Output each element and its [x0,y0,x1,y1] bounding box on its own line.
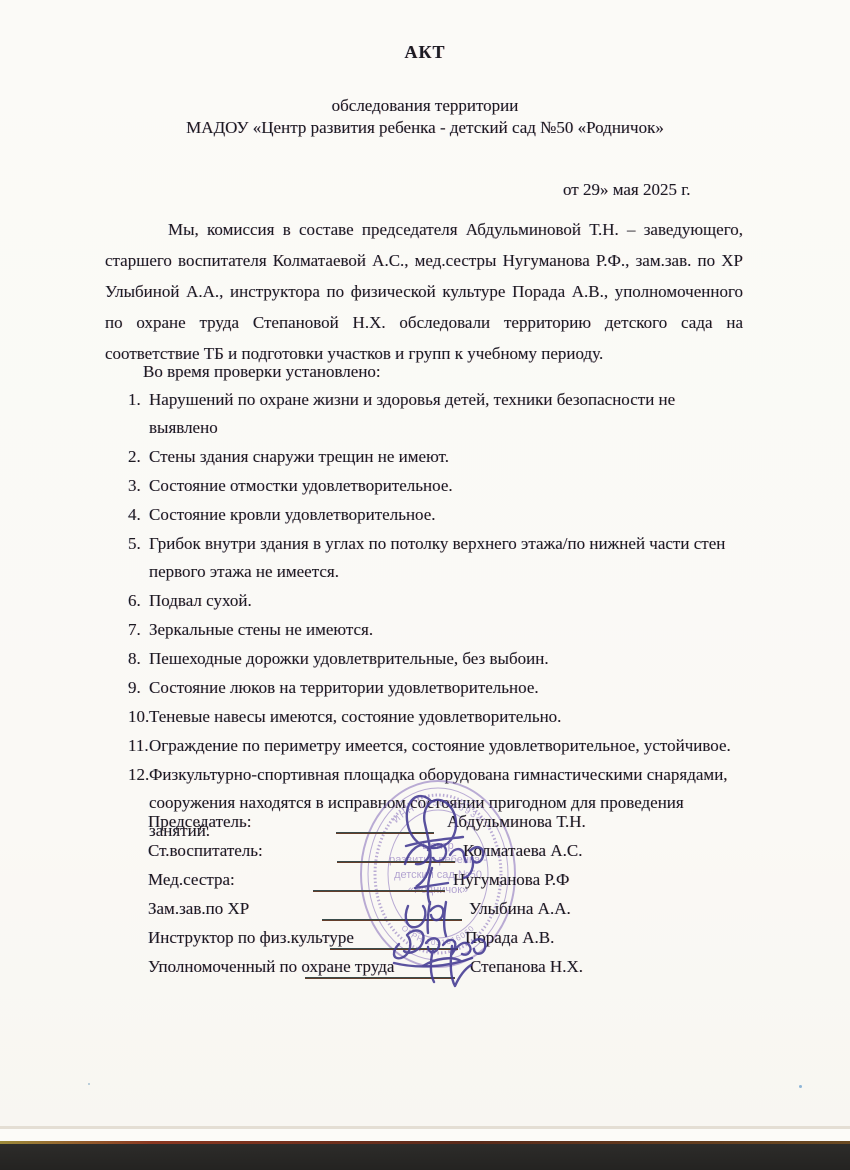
signature-role: Зам.зав.по ХР [148,899,249,919]
signature-row: Зам.зав.по ХР Улыбина А.А. [0,897,850,927]
scanner-background-band [0,1144,850,1170]
signature-role: Уполномоченный по охране труда [148,957,394,977]
signature-name: Степанова Н.Х. [470,957,583,977]
signature-role: Инструктор по физ.культуре [148,928,354,948]
signature-line [305,977,455,979]
signature-row: Ст.воспитатель: Колматаева А.С. [0,839,850,869]
signature-role: Ст.воспитатель: [148,841,263,861]
signature-row: Инструктор по физ.культуре Порада А.В. [0,926,850,956]
signature-row: Председатель: Абдульминова Т.Н. [0,810,850,840]
paper-underlay-strip [0,1129,850,1141]
scanned-document-page: АКТ обследования территории МАДОУ «Центр… [0,0,850,1170]
scan-speck [799,1085,802,1088]
signature-name: Нугуманова Р.Ф [453,870,569,890]
signature-row: Мед.сестра: Нугуманова Р.Ф [0,868,850,898]
signature-role: Мед.сестра: [148,870,235,890]
signature-name: Абдульминова Т.Н. [447,812,586,832]
signature-line [313,890,445,892]
signature-line [336,832,434,834]
signature-role: Председатель: [148,812,252,832]
signature-line [322,919,462,921]
signature-name: Улыбина А.А. [469,899,571,919]
signature-name: Порада А.В. [465,928,554,948]
signature-line [337,861,455,863]
signature-name: Колматаева А.С. [463,841,582,861]
signature-row: Уполномоченный по охране труда Степанова… [0,955,850,985]
signature-block: Председатель: Абдульминова Т.Н. Ст.воспи… [0,0,850,1170]
signature-line [330,948,458,950]
scan-speck [88,1083,90,1085]
